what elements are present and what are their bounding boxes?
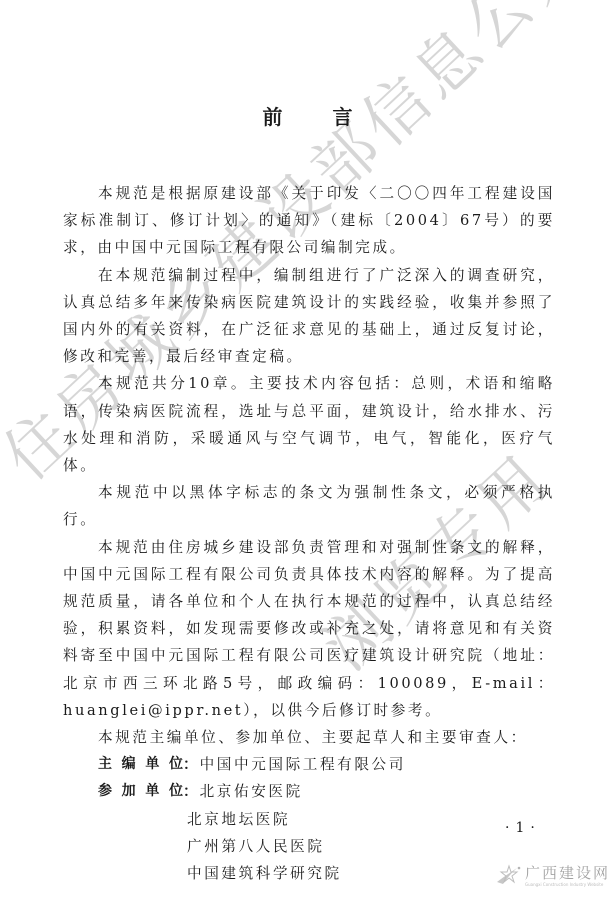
chief-editor-colon: ： <box>183 751 198 778</box>
preface-body: 本规范是根据原建设部《关于印发〈二〇〇四年工程建设国家标准制订、修订计划〉的通知… <box>63 180 555 887</box>
paragraph-6: 本规范主编单位、参加单位、主要起草人和主要审查人： <box>63 724 555 751</box>
participant-unit-label: 参 加 单 位 <box>98 778 183 805</box>
participant-unit-3: 广州第八人民医院 <box>187 833 555 860</box>
participant-unit-row: 参 加 单 位 ： 北京佑安医院 <box>98 778 555 805</box>
logo-name: 广西建设网 <box>525 862 610 883</box>
chief-editor-unit-label: 主 编 单 位 <box>98 751 183 778</box>
participant-unit-1: 北京佑安医院 <box>200 778 303 805</box>
document-page: 住房城乡建设部信息公开 浏览专用 前言 本规范是根据原建设部《关于印发〈二〇〇四… <box>0 0 615 898</box>
star-swoosh-icon <box>495 862 521 888</box>
title-char-2: 言 <box>333 104 353 130</box>
paragraph-4: 本规范中以黑体字标志的条文为强制性条文，必须严格执行。 <box>63 479 555 533</box>
chief-editor-unit-row: 主 编 单 位 ： 中国中元国际工程有限公司 <box>98 751 555 778</box>
logo-subtitle: Guangxi Construction Industry Website <box>525 882 603 887</box>
chief-editor-unit-value: 中国中元国际工程有限公司 <box>200 751 406 778</box>
paragraph-3: 本规范共分10章。主要技术内容包括：总则，术语和缩略语，传染病医院流程，选址与总… <box>63 370 555 479</box>
page-number: ·1· <box>505 820 541 836</box>
site-logo: 广西建设网 Guangxi Construction Industry Webs… <box>495 860 613 896</box>
paragraph-1: 本规范是根据原建设部《关于印发〈二〇〇四年工程建设国家标准制订、修订计划〉的通知… <box>63 180 555 262</box>
title-char-1: 前 <box>263 104 283 130</box>
paragraph-5: 本规范由住房城乡建设部负责管理和对强制性条文的解释，中国中元国际工程有限公司负责… <box>63 534 555 724</box>
paragraph-2: 在本规范编制过程中，编制组进行了广泛深入的调查研究，认真总结多年来传染病医院建筑… <box>63 262 555 371</box>
participant-unit-2: 北京地坛医院 <box>187 806 555 833</box>
participant-colon: ： <box>183 778 198 805</box>
page-title: 前言 <box>0 104 615 130</box>
